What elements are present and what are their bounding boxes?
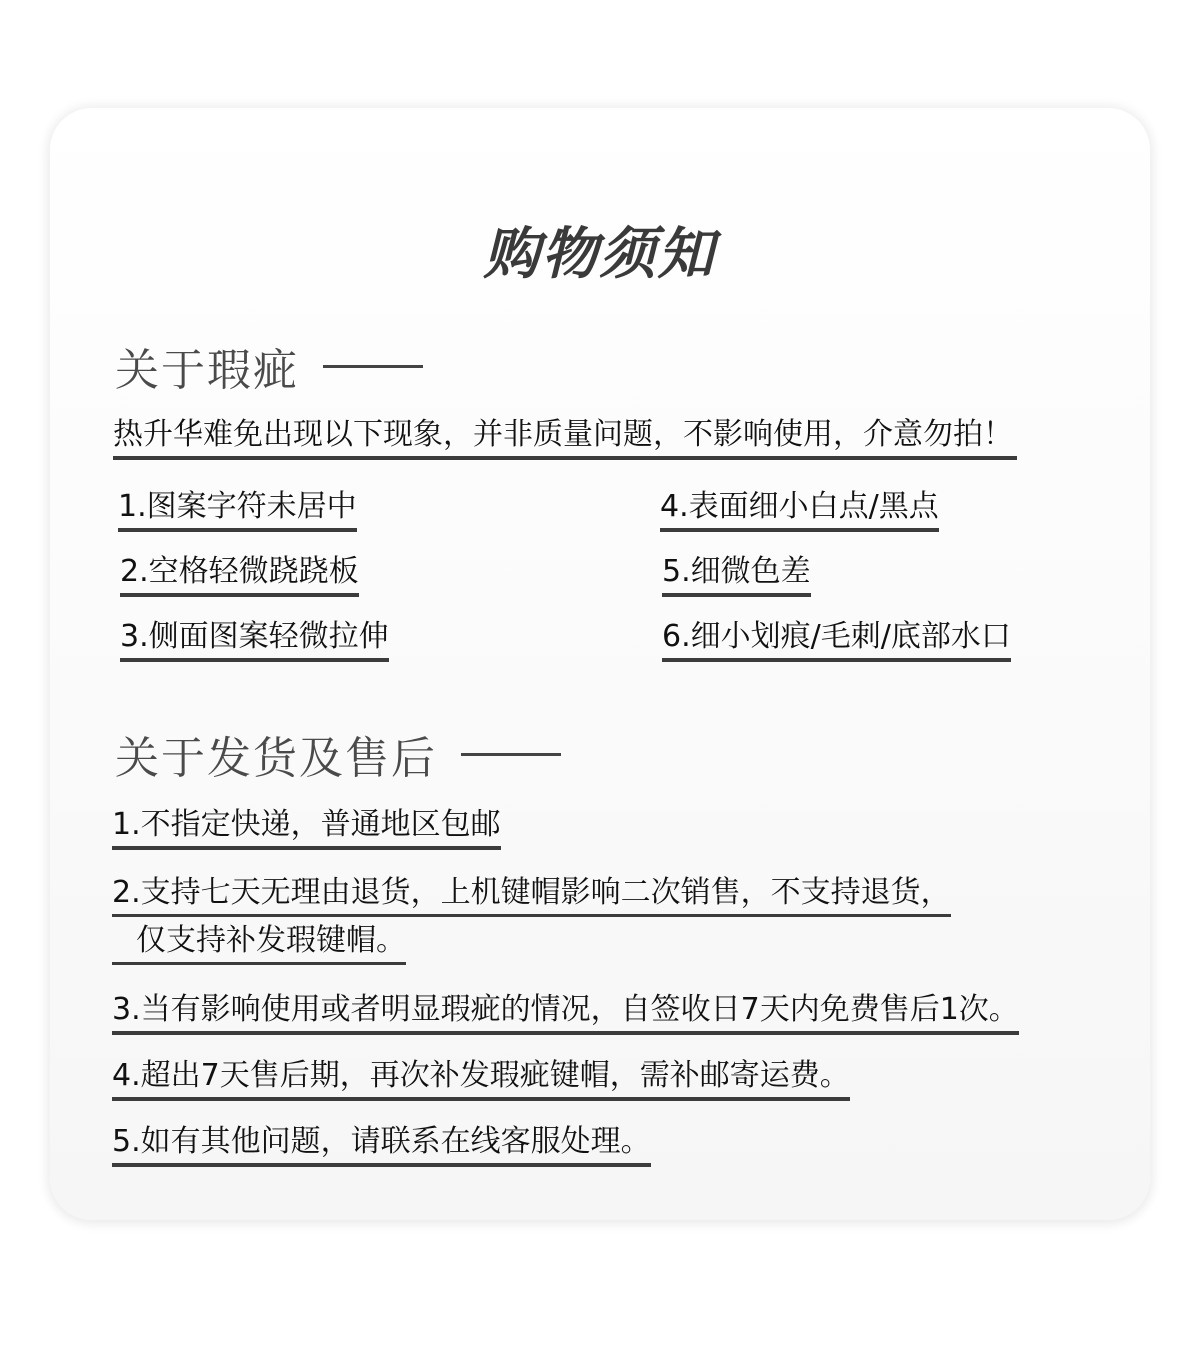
shipping-item-4: 4.超出7天售后期，再次补发瑕疵键帽，需补邮寄运费。 <box>112 1057 850 1101</box>
page-title: 购物须知 <box>0 210 1199 290</box>
flaw-item-5: 5.细微色差 <box>662 553 811 597</box>
heading-rule <box>323 365 423 368</box>
flaws-heading-text: 关于瑕疵 <box>115 334 299 398</box>
shipping-item-2-continuation: 仅支持补发瑕键帽。 <box>112 923 406 958</box>
flaw-item-3: 3.侧面图案轻微拉伸 <box>120 618 389 662</box>
flaw-item-6: 6.细小划痕/毛刺/底部水口 <box>662 618 1011 662</box>
shipping-section-heading: 关于发货及售后 <box>115 722 561 786</box>
heading-rule <box>461 753 561 756</box>
shipping-item-3: 3.当有影响使用或者明显瑕疵的情况，自签收日7天内免费售后1次。 <box>112 991 1019 1035</box>
flaws-section-heading: 关于瑕疵 <box>115 334 423 398</box>
shipping-item-1: 1.不指定快递，普通地区包邮 <box>112 806 501 850</box>
flaws-intro: 热升华难免出现以下现象，并非质量问题，不影响使用，介意勿拍！ <box>113 416 1017 460</box>
flaw-item-2: 2.空格轻微跷跷板 <box>120 553 359 597</box>
flaw-item-4: 4.表面细小白点/黑点 <box>660 488 939 532</box>
shipping-item-2: 2.支持七天无理由退货，上机键帽影响二次销售，不支持退货， <box>112 874 951 917</box>
flaw-item-1: 1.图案字符未居中 <box>118 488 357 532</box>
shipping-item-2-cont: 仅支持补发瑕键帽。 <box>112 922 406 965</box>
shipping-heading-text: 关于发货及售后 <box>115 722 437 786</box>
shipping-item-5: 5.如有其他问题，请联系在线客服处理。 <box>112 1123 651 1167</box>
